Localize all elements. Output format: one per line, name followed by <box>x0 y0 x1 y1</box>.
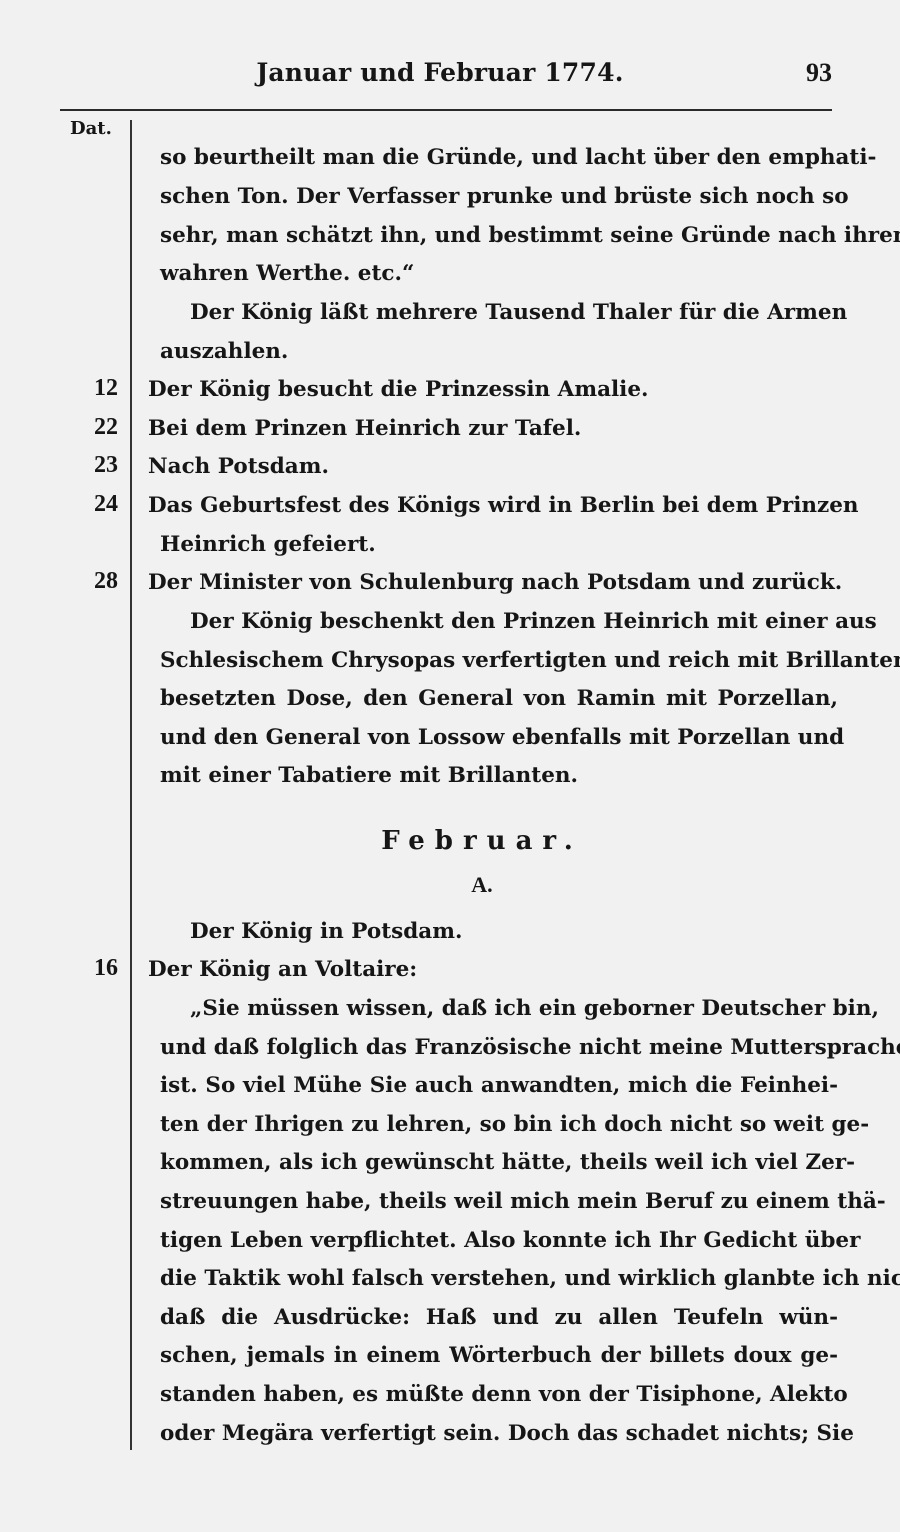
text-line: tigen Leben verpflichtet. Also konnte ic… <box>160 1226 838 1256</box>
date-column-label: Dat. <box>70 118 112 139</box>
text-line: und daß folglich das Französische nicht … <box>160 1033 838 1063</box>
text-line: Der König läßt mehrere Tausend Thaler fü… <box>190 298 838 328</box>
text-line: so beurtheilt man die Gründe, und lacht … <box>160 143 838 173</box>
entry-date: 28 <box>78 566 118 596</box>
text-line: daß die Ausdrücke: Haß und zu allen Teuf… <box>160 1303 838 1333</box>
text-line: Der Minister von Schulenburg nach Potsda… <box>148 568 838 598</box>
page-number: 93 <box>806 58 832 88</box>
text-line: standen haben, es müßte denn von der Tis… <box>160 1380 838 1410</box>
running-header: Januar und Februar 1774. <box>0 58 880 87</box>
text-line: die Taktik wohl falsch verstehen, und wi… <box>160 1264 838 1294</box>
book-page: Januar und Februar 1774. 93 Dat. so beur… <box>0 0 900 1532</box>
header-rule <box>60 109 832 111</box>
text-line: mit einer Tabatiere mit Brillanten. <box>160 761 838 791</box>
entry-date: 24 <box>78 489 118 519</box>
text-line: Der König besucht die Prinzessin Amalie. <box>148 375 838 405</box>
section-heading: A. <box>132 872 832 898</box>
text-line: ist. So viel Mühe Sie auch anwandten, mi… <box>160 1071 838 1101</box>
entry-date: 12 <box>78 373 118 403</box>
text-line: Der König in Potsdam. <box>190 917 838 947</box>
text-line: Schlesischem Chrysopas verfertigten und … <box>160 646 838 676</box>
text-line: Bei dem Prinzen Heinrich zur Tafel. <box>148 414 838 444</box>
text-line: ten der Ihrigen zu lehren, so bin ich do… <box>160 1110 838 1140</box>
text-line: streuungen habe, theils weil mich mein B… <box>160 1187 838 1217</box>
text-line: oder Megära verfertigt sein. Doch das sc… <box>160 1419 838 1449</box>
text-line: und den General von Lossow ebenfalls mit… <box>160 723 838 753</box>
text-line: wahren Werthe. etc.“ <box>160 259 838 289</box>
date-column-rule <box>130 120 132 1450</box>
entry-date: 16 <box>78 953 118 983</box>
text-line: schen, jemals in einem Wörterbuch der bi… <box>160 1341 838 1371</box>
text-line: „Sie müssen wissen, daß ich ein geborner… <box>190 994 838 1024</box>
text-line: Heinrich gefeiert. <box>160 530 838 560</box>
text-line: Der König beschenkt den Prinzen Heinrich… <box>190 607 838 637</box>
text-line: auszahlen. <box>160 337 838 367</box>
entry-date: 22 <box>78 412 118 442</box>
text-line: Nach Potsdam. <box>148 452 838 482</box>
text-line: Der König an Voltaire: <box>148 955 838 985</box>
entry-date: 23 <box>78 450 118 480</box>
text-line: besetzten Dose, den General von Ramin mi… <box>160 684 838 714</box>
month-heading: Februar. <box>132 826 832 856</box>
text-line: kommen, als ich gewünscht hätte, theils … <box>160 1148 838 1178</box>
text-line: sehr, man schätzt ihn, und bestimmt sein… <box>160 221 838 251</box>
text-line: schen Ton. Der Verfasser prunke und brüs… <box>160 182 838 212</box>
text-line: Das Geburtsfest des Königs wird in Berli… <box>148 491 838 521</box>
